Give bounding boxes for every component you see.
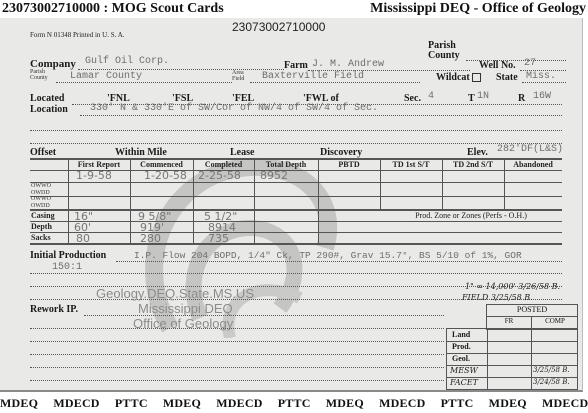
footer-item: PTTC [441, 396, 474, 410]
county-value-line [56, 82, 232, 83]
footer-item: PTTC [278, 396, 311, 410]
col-divider-5 [318, 159, 319, 243]
owwo-label-1: OWWO OWDD [31, 183, 51, 197]
table-row-border-1 [30, 182, 562, 183]
field-note: FIELD 3/25/58 B. [462, 293, 533, 302]
col-divider-1 [68, 159, 69, 243]
state-line [522, 82, 566, 83]
footer-item: MDEQ [163, 396, 201, 410]
col-divider-2 [130, 159, 131, 243]
posted-row-facet: FACET [450, 378, 478, 387]
rework-line-5 [30, 367, 444, 368]
sacks-value-2: 280 [140, 232, 161, 245]
depth-label: Depth [31, 222, 52, 231]
th-first-report: First Report [68, 160, 130, 169]
table-row-border-5 [30, 232, 562, 233]
col-divider-3 [193, 159, 194, 243]
table-row-border-4 [30, 221, 562, 222]
company-value: Gulf Oil Corp. [85, 56, 169, 67]
rework-line-6 [30, 380, 444, 381]
posted-grid-divider-2 [531, 329, 532, 389]
range-label: R [518, 93, 525, 104]
township-label: T [468, 93, 475, 104]
ip-line-2 [30, 273, 562, 274]
footer-item: MDECD [379, 396, 425, 410]
col-divider-4 [254, 159, 255, 243]
th-td-1st: TD 1st S/T [380, 160, 442, 169]
location-value: 330' N & 330'E of SW/Cor of NW/4 of SW/4… [90, 103, 378, 114]
watermark-agency: Mississippi DEQ [138, 301, 233, 316]
sec-value: 4 [428, 91, 434, 102]
posted-row-land: Land [452, 330, 470, 339]
footer-item: PTTC [115, 396, 148, 410]
owwo-text: OWWO [31, 196, 51, 202]
ip-value-line1: I.P. Flow 204 BOPD, 1/4" Ck, TP 290#, Gr… [134, 250, 522, 261]
discovery-label: Discovery [320, 147, 362, 158]
rework-line-2 [30, 328, 444, 329]
footer-strip: MDEQ MDECD PTTC MDEQ MDECD PTTC MDEQ MDE… [0, 396, 588, 413]
well-no-label: Well No. [479, 60, 516, 71]
owwo-text: OWWO [31, 183, 51, 189]
commenced-value: 1-20-58 [144, 169, 187, 182]
field-line [250, 82, 420, 83]
footer-item: MDEQ [326, 396, 364, 410]
th-abandoned: Abandoned [504, 160, 562, 169]
card-title: 23073002710000 : MOG Scout Cards [2, 1, 224, 17]
within-mile-label: Within Mile [115, 147, 167, 158]
state-value: Miss. [526, 71, 556, 82]
county-label: County [428, 50, 460, 61]
farm-value: J. M. Andrew [312, 59, 384, 70]
located-label: Located [30, 93, 64, 104]
blank-line-2 [30, 143, 562, 144]
sacks-value-3: 735 [208, 232, 229, 245]
location-label: Location [30, 104, 68, 115]
form-note: Form N 01348 Printed in U. S. A. [30, 31, 125, 39]
th-total-depth: Total Depth [254, 160, 318, 169]
blank-line-1 [30, 130, 562, 131]
parish-county-small-label: Parish County [30, 69, 48, 81]
table-row-border-2 [30, 196, 562, 197]
rework-ip-label: Rework IP. [30, 304, 78, 315]
footer-item: MDECD [53, 396, 99, 410]
wildcat-label: Wildcat [436, 72, 481, 83]
agency-title: Mississippi DEQ - Office of Geology [370, 1, 586, 17]
posted-grid: Land Prod. Geol. MESW FACET 3/25/58 B. 3… [446, 328, 578, 390]
elev-label: Elev. [467, 147, 488, 158]
table-bottom-border [30, 243, 562, 245]
total-depth-value: 8952 [260, 169, 288, 182]
page-header: 23073002710000 : MOG Scout Cards Mississ… [0, 0, 588, 18]
parish-county-label: Parish County [428, 41, 460, 61]
footer-item: MDECD [216, 396, 262, 410]
th-commenced: Commenced [130, 160, 193, 169]
state-label: State [496, 72, 518, 83]
offset-label: Offset [30, 147, 56, 158]
scout-card: 23073002710000 Form N 01348 Printed in U… [0, 18, 583, 392]
initial-production-label: Initial Production [30, 250, 106, 261]
first-report-value: 1-9-58 [76, 169, 112, 182]
rework-line-4 [30, 354, 444, 355]
posted-row-geol: Geol. [452, 354, 470, 363]
field-value: Baxterville Field [262, 71, 364, 82]
rework-line-1 [84, 315, 444, 316]
posted-col-fr: FR [487, 317, 531, 325]
county-small: County [30, 75, 48, 81]
posted-row-prod: Prod. [452, 342, 471, 351]
completed-value: 2-25-58 [198, 169, 241, 182]
posted-title: POSTED [487, 305, 577, 317]
elev-value: 282'DF(L&S) [497, 144, 563, 155]
watermark-url: Geology.DEQ.State.MS.US [96, 286, 254, 301]
th-td-2nd: TD 2nd S/T [442, 160, 504, 169]
range-value: 16W [533, 91, 551, 102]
sacks-value-1: 80 [76, 232, 90, 245]
posted-header-box: POSTED FR COMP [486, 304, 578, 330]
owwo-label-2: OWWO OWDD [31, 196, 51, 210]
sacks-label: Sacks [31, 233, 51, 242]
scale-note: 1" = 14,000' 3/26/58 B. [465, 282, 560, 291]
casing-label: Casing [31, 211, 55, 220]
posted-row-mesw: MESW [450, 366, 478, 375]
farm-label: Farm [284, 60, 308, 71]
company-line [78, 69, 284, 70]
footer-item: MDEQ [0, 396, 38, 410]
county-value: Lamar County [70, 71, 142, 82]
township-value: 1N [477, 91, 489, 102]
posted-facet-comp: 3/24/58 B. [533, 378, 570, 386]
ip-value-line2: 150:1 [52, 262, 82, 273]
wildcat-text: Wildcat [436, 72, 470, 83]
prod-zone-header: Prod. Zone or Zones (Perfs - O.H.) [380, 211, 562, 220]
th-completed: Completed [193, 160, 254, 169]
lease-label: Lease [230, 147, 254, 158]
location-line [80, 115, 562, 116]
area-field-small-label: Area Field [232, 70, 244, 82]
th-pbtd: PBTD [318, 160, 380, 169]
wildcat-checkbox[interactable] [472, 73, 481, 82]
card-number: 23073002710000 [232, 20, 325, 34]
sec-label: Sec. [404, 93, 421, 104]
rework-line-3 [30, 341, 444, 342]
footer-item: MDECD [542, 396, 588, 410]
posted-mesw-comp: 3/25/58 B. [533, 366, 570, 374]
ip-line-1 [116, 261, 562, 262]
well-no-value: 27 [524, 58, 536, 69]
footer-item: MDEQ [489, 396, 527, 410]
field-small: Field [232, 76, 244, 82]
posted-grid-divider-1 [487, 329, 488, 389]
owdd-text: OWDD [31, 203, 50, 209]
